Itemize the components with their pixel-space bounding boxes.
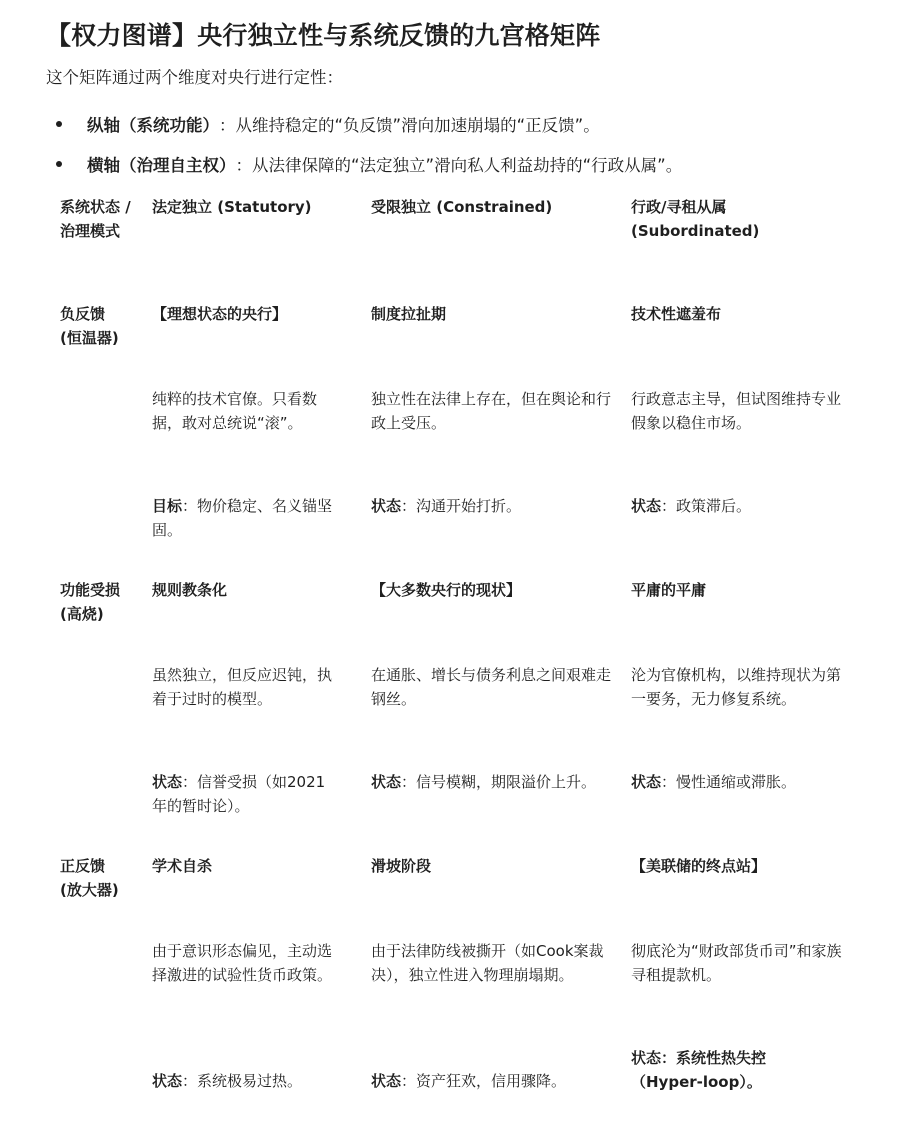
bullet-text: ：从法律保障的“法定独立”滑向私人利益劫持的“行政从属”。: [236, 152, 683, 176]
cell-title: 【理想状态的央行】: [152, 303, 340, 327]
bullet-text: ：从维持稳定的“负反馈”滑向加速崩塌的“正反馈”。: [219, 112, 600, 136]
status-label: 状态: [631, 497, 661, 515]
cell-status: 状态：沟通开始打折。: [371, 495, 611, 519]
cell-description: 由于法律防线被撕开（如Cook案裁决），独立性进入物理崩塌期。: [371, 940, 611, 987]
bullet-dot-icon: [56, 121, 62, 127]
bullet-vertical-axis: 纵轴（系统功能）：从维持稳定的“负反馈”滑向加速崩塌的“正反馈”。: [56, 104, 682, 144]
bullet-dot-icon: [56, 161, 62, 167]
matrix-corner-header: 系统状态 / 治理模式: [60, 196, 132, 243]
cell-title: 平庸的平庸: [631, 579, 853, 603]
cell-description: 彻底沦为“财政部货币司”和家族寻租提款机。: [631, 940, 853, 987]
cell-status: 状态：信誉受损（如2021年的暂时论）。: [152, 771, 340, 818]
page-title: 【权力图谱】央行独立性与系统反馈的九宫格矩阵: [46, 16, 600, 52]
cell-description: 在通胀、增长与债务利息之间艰难走钢丝。: [371, 664, 611, 711]
cell-description: 纯粹的技术官僚。只看数据，敢对总统说“滚”。: [152, 388, 340, 435]
cell-description: 由于意识形态偏见，主动选择激进的试验性货币政策。: [152, 940, 340, 987]
cell-title: 【大多数央行的现状】: [371, 579, 611, 603]
cell-status: 状态：系统极易过热。: [152, 1070, 340, 1094]
cell-title: 制度拉扯期: [371, 303, 611, 327]
status-label: 状态: [152, 773, 182, 791]
column-header-subordinated: 行政/寻租从属 (Subordinated): [631, 196, 853, 243]
cell-status: 状态：资产狂欢，信用骤降。: [371, 1070, 611, 1094]
status-text: ：信号模糊，期限溢价上升。: [401, 773, 596, 791]
status-label: 状态: [631, 773, 661, 791]
cell-description: 虽然独立，但反应迟钝，执着于过时的模型。: [152, 664, 340, 711]
cell-title: 学术自杀: [152, 855, 340, 879]
status-text: ：资产狂欢，信用骤降。: [401, 1072, 566, 1090]
status-label: 状态: [371, 1072, 401, 1090]
status-text: ：系统极易过热。: [182, 1072, 302, 1090]
status-label: 状态: [152, 1072, 182, 1090]
row-header-impaired-function: 功能受损 (高烧): [60, 579, 132, 626]
cell-title: 规则教条化: [152, 579, 340, 603]
cell-title: 【美联储的终点站】: [631, 855, 853, 879]
status-text: ：慢性通缩或滞胀。: [661, 773, 796, 791]
status-label: 状态: [371, 773, 401, 791]
intro-text: 这个矩阵通过两个维度对央行进行定性：: [46, 64, 343, 88]
cell-description: 独立性在法律上存在，但在舆论和行政上受压。: [371, 388, 611, 435]
status-label: 状态: [371, 497, 401, 515]
cell-title: 技术性遮羞布: [631, 303, 853, 327]
cell-status: 状态：慢性通缩或滞胀。: [631, 771, 853, 795]
axis-bullet-list: 纵轴（系统功能）：从维持稳定的“负反馈”滑向加速崩塌的“正反馈”。 横轴（治理自…: [56, 104, 682, 184]
row-header-negative-feedback: 负反馈 (恒温器): [60, 303, 132, 350]
cell-title: 滑坡阶段: [371, 855, 611, 879]
bullet-horizontal-axis: 横轴（治理自主权）：从法律保障的“法定独立”滑向私人利益劫持的“行政从属”。: [56, 144, 682, 184]
cell-status: 目标：物价稳定、名义锚坚固。: [152, 495, 340, 542]
status-text: ：沟通开始打折。: [401, 497, 521, 515]
cell-status: 状态：政策滞后。: [631, 495, 853, 519]
bullet-label: 横轴（治理自主权）: [87, 152, 236, 176]
cell-description: 沦为官僚机构，以维持现状为第一要务，无力修复系统。: [631, 664, 853, 711]
cell-status: 状态：信号模糊，期限溢价上升。: [371, 771, 611, 795]
column-header-constrained: 受限独立 (Constrained): [371, 196, 611, 220]
status-label: 状态: [631, 1049, 661, 1067]
column-header-statutory: 法定独立 (Statutory): [152, 196, 340, 220]
cell-description: 行政意志主导，但试图维持专业假象以稳住市场。: [631, 388, 853, 435]
cell-status: 状态：系统性热失控（Hyper-loop）。: [631, 1047, 801, 1094]
status-text: ：政策滞后。: [661, 497, 751, 515]
status-label: 目标: [152, 497, 182, 515]
bullet-label: 纵轴（系统功能）: [87, 112, 219, 136]
row-header-positive-feedback: 正反馈 (放大器): [60, 855, 132, 902]
